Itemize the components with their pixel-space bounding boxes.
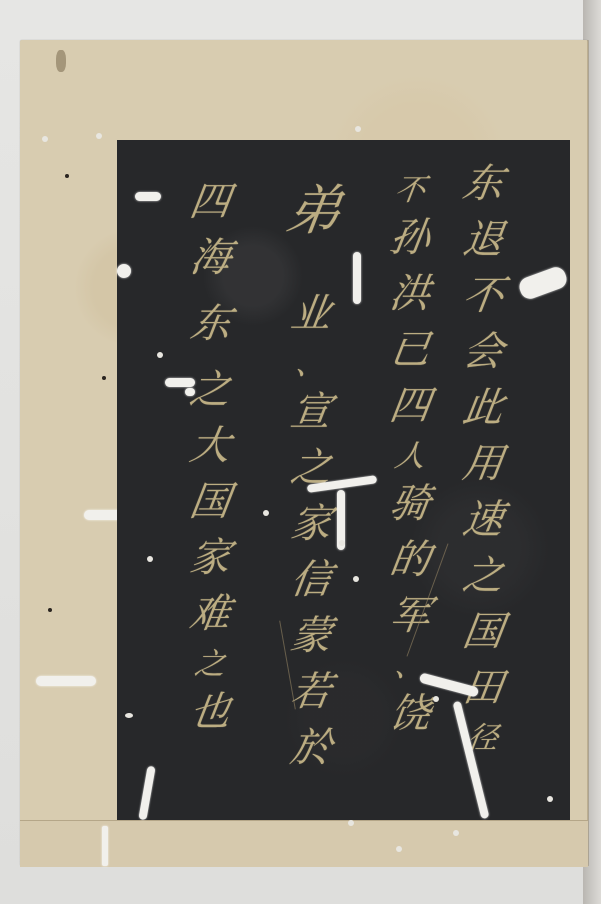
paper-speck xyxy=(65,174,69,178)
glyph: 退 xyxy=(458,220,506,276)
glyph: 东 xyxy=(184,304,233,370)
glyph: 、 xyxy=(292,350,328,392)
glyph: 国 xyxy=(458,612,506,668)
glyph: 大 xyxy=(185,426,233,482)
worm-hole xyxy=(42,136,48,142)
worm-hole xyxy=(453,830,459,836)
glyph: 的 xyxy=(385,540,433,596)
glyph: 家 xyxy=(185,538,233,594)
glyph: 人 xyxy=(391,442,427,484)
worm-hole xyxy=(125,713,133,718)
text-column-4: 四 海 东 之 大 国 家 难 之 也 xyxy=(189,182,229,748)
text-column-1: 东 退 不 会 此 用 速 之 国 田 径 xyxy=(462,164,502,766)
glyph: 已 xyxy=(385,330,433,386)
worm-hole xyxy=(355,126,361,132)
glyph: 业 xyxy=(286,294,334,350)
glyph: 会 xyxy=(458,332,506,388)
glyph: 之 xyxy=(458,556,506,612)
glyph: 此 xyxy=(458,388,506,444)
calligraphy-rubbing-panel: 东 退 不 会 此 用 速 之 国 田 径 不 孙 洪 已 四 人 骑 xyxy=(117,140,570,820)
worm-damage xyxy=(353,252,361,304)
paper-speck xyxy=(48,608,52,612)
worm-damage xyxy=(138,766,155,821)
worm-hole xyxy=(547,796,553,802)
glyph: 蒙 xyxy=(286,616,334,672)
worm-hole xyxy=(96,133,102,139)
worm-damage xyxy=(135,192,161,201)
glyph: 孙 xyxy=(385,218,433,274)
worm-damage xyxy=(117,264,131,278)
worm-damage xyxy=(165,378,195,387)
glyph: 四 xyxy=(185,182,233,238)
glyph: 东 xyxy=(458,164,506,220)
glyph: 田 xyxy=(458,668,506,724)
glyph: 速 xyxy=(458,500,506,556)
page-fold-line xyxy=(587,40,589,866)
glyph: 不 xyxy=(391,176,427,218)
worm-hole xyxy=(339,540,345,546)
glyph: 之 xyxy=(191,650,227,692)
glyph: 之 xyxy=(286,448,334,504)
glyph: 四 xyxy=(385,386,433,442)
paper-damage xyxy=(36,676,96,686)
glyph: 也 xyxy=(185,692,233,748)
glyph: 饶 xyxy=(385,694,433,750)
worm-hole xyxy=(396,846,402,852)
worm-hole xyxy=(353,576,359,582)
mounting-paper: 东 退 不 会 此 用 速 之 国 田 径 不 孙 洪 已 四 人 骑 xyxy=(20,40,588,866)
paper-speck xyxy=(102,376,106,380)
glyph: 国 xyxy=(185,482,233,538)
glyph: 洪 xyxy=(385,274,433,330)
glyph: 骑 xyxy=(385,484,433,540)
worm-damage xyxy=(517,264,570,301)
photo-stage: 东 退 不 会 此 用 速 之 国 田 径 不 孙 洪 已 四 人 骑 xyxy=(0,0,601,904)
glyph: 弟 xyxy=(275,184,344,294)
paper-tear xyxy=(102,826,108,866)
text-column-2: 不 孙 洪 已 四 人 骑 的 军 、 饶 xyxy=(389,176,429,750)
worm-hole xyxy=(157,352,163,358)
glyph: 於 xyxy=(286,728,334,784)
glyph: 难 xyxy=(185,594,233,650)
ink-stain xyxy=(56,50,66,72)
worm-hole xyxy=(348,820,354,826)
glyph: 不 xyxy=(458,276,506,332)
glyph: 信 xyxy=(286,560,334,616)
worm-hole xyxy=(433,696,439,702)
worm-damage xyxy=(185,388,195,396)
glyph: 海 xyxy=(184,238,233,304)
worm-hole xyxy=(147,556,153,562)
glyph: 家 xyxy=(286,504,334,560)
glyph: 宣 xyxy=(286,392,334,448)
glyph: 用 xyxy=(458,444,506,500)
worm-hole xyxy=(263,510,269,516)
